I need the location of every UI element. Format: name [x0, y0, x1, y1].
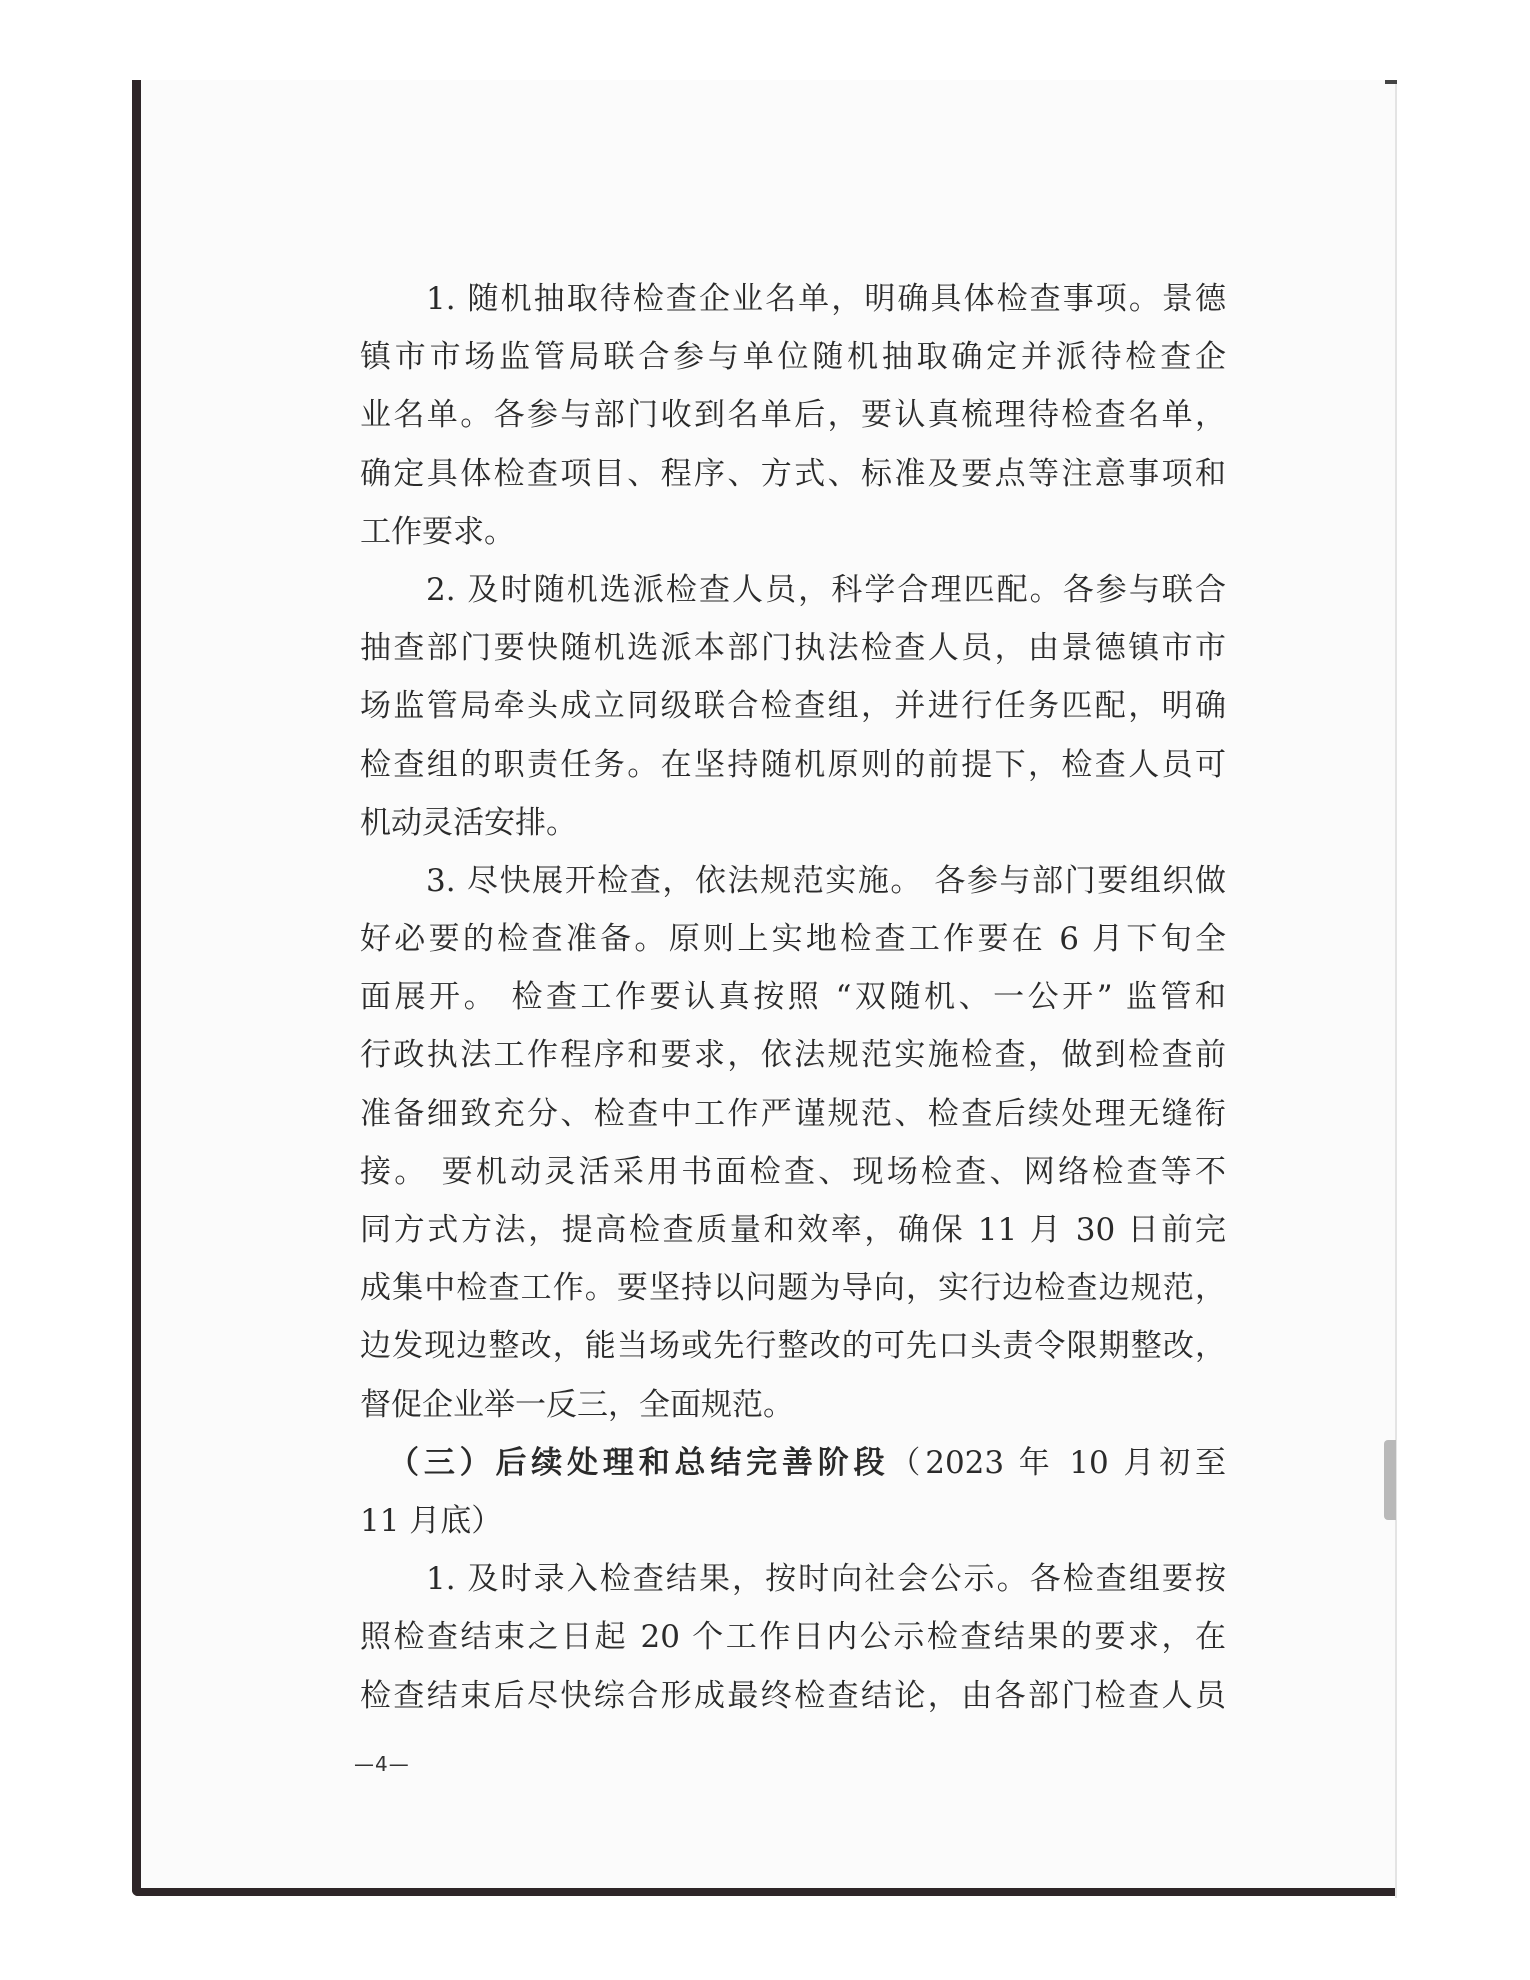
section-heading-line: （三）后续处理和总结完善阶段（2023 年 10 月初至: [360, 1434, 1226, 1492]
section-heading-title: （三）后续处理和总结完善阶段: [360, 1445, 889, 1481]
text-line: 2. 及时随机选派检查人员，科学合理匹配。各参与联合: [360, 561, 1226, 619]
text-line: 准备细致充分、检查中工作严谨规范、检查后续处理无缝衔: [360, 1085, 1226, 1143]
text-line: 检查结束后尽快综合形成最终检查结论，由各部门检查人员: [360, 1667, 1226, 1725]
text-line: 好必要的检查准备。原则上实地检查工作要在 6 月下旬全: [360, 910, 1226, 968]
text-line: 照检查结束之日起 20 个工作日内公示检查结果的要求，在: [360, 1608, 1226, 1666]
text-line: 11 月底）: [360, 1492, 1226, 1550]
text-line: 工作要求。: [360, 503, 1226, 561]
text-line: 1. 及时录入检查结果，按时向社会公示。各检查组要按: [360, 1550, 1226, 1608]
paragraph-3: 3. 尽快展开检查，依法规范实施。 各参与部门要组织做 好必要的检查准备。原则上…: [360, 852, 1226, 1434]
text-line: 检查组的职责任务。在坚持随机原则的前提下，检查人员可: [360, 736, 1226, 794]
scan-corner-mark: [1385, 80, 1397, 84]
document-body: 1. 随机抽取待检查企业名单，明确具体检查事项。景德 镇市市场监管局联合参与单位…: [360, 270, 1226, 1725]
scan-edge-mark: [1384, 1440, 1396, 1520]
page-number: —4—: [354, 1752, 410, 1776]
text-line: 边发现边整改，能当场或先行整改的可先口头责令限期整改，: [360, 1317, 1226, 1375]
text-line: 确定具体检查项目、程序、方式、标准及要点等注意事项和: [360, 445, 1226, 503]
text-line: 机动灵活安排。: [360, 794, 1226, 852]
text-line: 镇市市场监管局联合参与单位随机抽取确定并派待检查企: [360, 328, 1226, 386]
paragraph-5: 1. 及时录入检查结果，按时向社会公示。各检查组要按 照检查结束之日起 20 个…: [360, 1550, 1226, 1725]
text-line: 接。 要机动灵活采用书面检查、现场检查、网络检查等不: [360, 1143, 1226, 1201]
paragraph-2: 2. 及时随机选派检查人员，科学合理匹配。各参与联合 抽查部门要快随机选派本部门…: [360, 561, 1226, 852]
text-line: 同方式方法，提高检查质量和效率，确保 11 月 30 日前完: [360, 1201, 1226, 1259]
text-line: 行政执法工作程序和要求，依法规范实施检查，做到检查前: [360, 1026, 1226, 1084]
section-heading: （三）后续处理和总结完善阶段（2023 年 10 月初至 11 月底）: [360, 1434, 1226, 1550]
page-right-edge: [1395, 82, 1397, 1898]
paragraph-1: 1. 随机抽取待检查企业名单，明确具体检查事项。景德 镇市市场监管局联合参与单位…: [360, 270, 1226, 561]
text-line: 场监管局牵头成立同级联合检查组，并进行任务匹配，明确: [360, 677, 1226, 735]
text-line: 面展开。 检查工作要认真按照 “双随机、一公开” 监管和: [360, 968, 1226, 1026]
text-line: 3. 尽快展开检查，依法规范实施。 各参与部门要组织做: [360, 852, 1226, 910]
text-line: 督促企业举一反三，全面规范。: [360, 1376, 1226, 1434]
text-line: 业名单。各参与部门收到名单后，要认真梳理待检查名单，: [360, 386, 1226, 444]
section-heading-date: （2023 年 10 月初至: [889, 1445, 1226, 1481]
text-line: 成集中检查工作。要坚持以问题为导向，实行边检查边规范，: [360, 1259, 1226, 1317]
text-line: 抽查部门要快随机选派本部门执法检查人员，由景德镇市市: [360, 619, 1226, 677]
text-line: 1. 随机抽取待检查企业名单，明确具体检查事项。景德: [360, 270, 1226, 328]
